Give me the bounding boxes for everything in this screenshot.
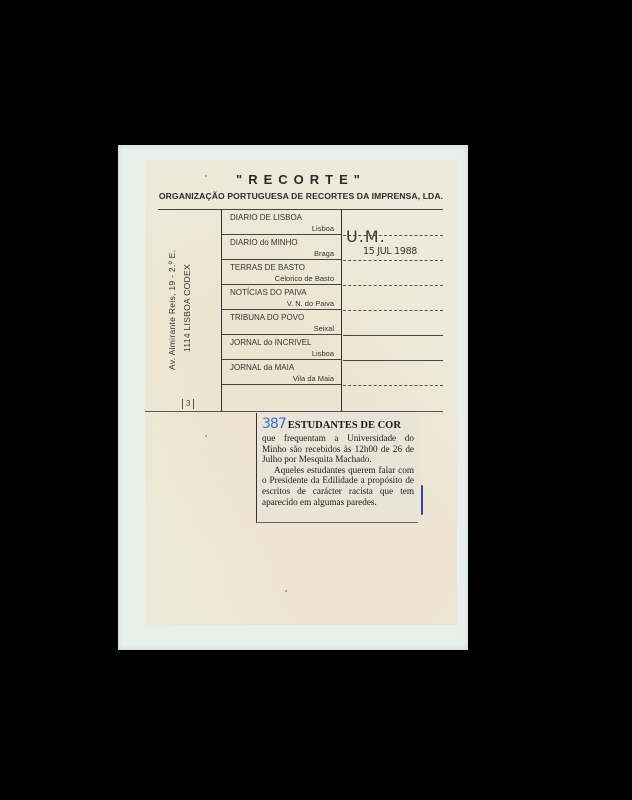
clipping-body: que frequentam a Universidade do Minho s…: [262, 433, 414, 507]
newspaper-row: DIARIO do MINHO Braga: [222, 235, 341, 260]
handwritten-clipping-number: 387: [262, 416, 286, 432]
stamp-column-line: [343, 385, 443, 386]
newspaper-row: JORNAL do INCRIVEL Lisboa: [222, 335, 341, 360]
newspaper-city: Lisboa: [312, 349, 334, 358]
stamp-column-line: [343, 360, 443, 361]
newspaper-row: JORNAL da MAIA Vila da Maia: [222, 360, 341, 385]
newspaper-name: DIARIO DE LISBOA: [230, 213, 302, 222]
clipping-paragraph: Aqueles estudantes querem falar com o Pr…: [262, 465, 414, 507]
newspaper-name: NOTÍCIAS DO PAIVA: [230, 288, 307, 297]
vertical-address: Av. Almirante Reis, 19 - 2.º E. 1114 LIS…: [165, 250, 195, 370]
stamp-column-line: [343, 335, 443, 336]
recorte-clipping-card: "RECORTE" ORGANIZAÇÃO PORTUGUESA DE RECO…: [145, 160, 457, 625]
newspaper-row: TRIBUNA DO POVO Seixal: [222, 310, 341, 335]
newspaper-name: JORNAL do INCRIVEL: [230, 338, 312, 347]
paper-speck: [205, 435, 207, 437]
handwritten-initials: U.M.: [346, 227, 386, 246]
newspaper-city: Braga: [314, 249, 334, 258]
clipping-headline: ESTUDANTES DE COR: [288, 420, 401, 431]
address-line-2: 1114 LISBOA CODEX: [180, 250, 195, 370]
blue-pen-mark: [421, 485, 423, 515]
newspaper-city: Celorico de Basto: [275, 274, 334, 283]
paper-speck: [205, 175, 207, 177]
clipping-headline-row: 387ESTUDANTES DE COR: [262, 416, 401, 432]
newspaper-row: NOTÍCIAS DO PAIVA V. N. do Paiva: [222, 285, 341, 310]
newspaper-city: Lisboa: [312, 224, 334, 233]
card-subtitle: ORGANIZAÇÃO PORTUGUESA DE RECORTES DA IM…: [145, 191, 457, 201]
bottom-rule-divider: [145, 411, 443, 412]
paper-speck: [285, 590, 287, 592]
newspaper-name: TERRAS DE BASTO: [230, 263, 305, 272]
clipping-paragraph: que frequentam a Universidade do Minho s…: [262, 433, 414, 465]
newspaper-city: Vila da Maia: [293, 374, 334, 383]
newspaper-city: Seixal: [314, 324, 334, 333]
address-line-1: Av. Almirante Reis, 19 - 2.º E.: [165, 250, 180, 370]
stamp-column-line: [343, 285, 443, 286]
card-title: "RECORTE": [145, 172, 457, 187]
table-middle-divider: [341, 210, 342, 411]
newspaper-clipping: 387ESTUDANTES DE COR que frequentam a Un…: [256, 413, 418, 523]
newspaper-row: DIARIO DE LISBOA Lisboa: [222, 210, 341, 235]
page-number: 3: [182, 399, 194, 409]
newspaper-city: V. N. do Paiva: [287, 299, 334, 308]
newspaper-name: DIARIO do MINHO: [230, 238, 298, 247]
newspaper-name: TRIBUNA DO POVO: [230, 313, 304, 322]
stamp-column-line: [343, 260, 443, 261]
stamp-column-line: [343, 310, 443, 311]
newspaper-row: TERRAS DE BASTO Celorico de Basto: [222, 260, 341, 285]
newspaper-name: JORNAL da MAIA: [230, 363, 294, 372]
date-stamp: 15 JUL 1988: [363, 246, 417, 257]
